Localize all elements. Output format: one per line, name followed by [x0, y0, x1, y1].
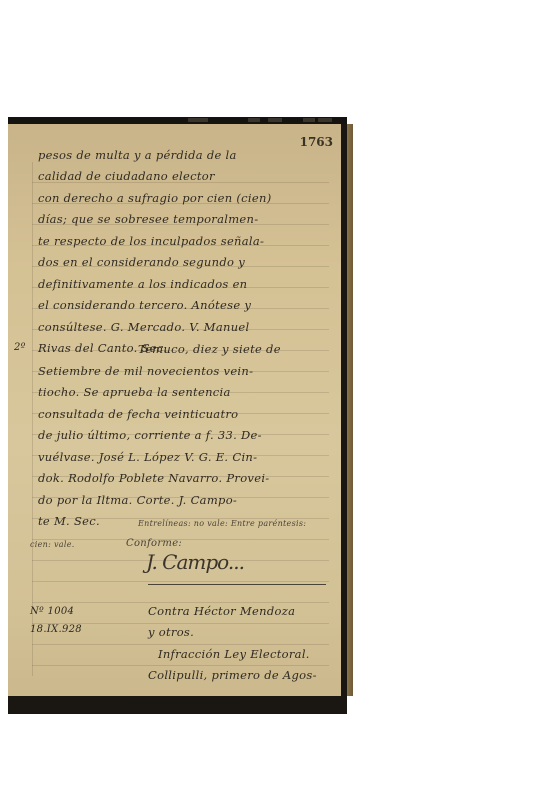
annotation-note: Entrelíneas: no vale: Entre paréntesis:	[138, 519, 306, 528]
text-line: calidad de ciudadano elector	[38, 169, 215, 183]
book-top-edge	[8, 117, 347, 124]
text-line: Collipulli, primero de Agos-	[148, 668, 317, 682]
text-line: tiocho. Se aprueba la sentencia	[38, 385, 231, 399]
text-line: Setiembre de mil novecientos vein-	[38, 364, 253, 378]
text-line: con derecho a sufragio por cien (cien)	[38, 191, 272, 205]
signature: J. Campo...	[146, 550, 244, 574]
text-line: y otros.	[148, 625, 194, 639]
margin-line	[32, 162, 33, 676]
margin-date: 18.IX.928	[30, 624, 82, 635]
text-line: consúltese. G. Mercado. V. Manuel	[38, 320, 250, 334]
page-number: 1763	[300, 135, 333, 149]
margin-case-number: Nº 1004	[30, 606, 74, 617]
text-line: días; que se sobresee temporalmen-	[38, 212, 258, 226]
ledger-page: 1763 pesos de multa y a pérdida de la ca…	[8, 124, 341, 696]
text-line: definitivamente a los indicados en	[38, 277, 247, 291]
text-line: Infracción Ley Electoral.	[158, 647, 310, 661]
text-line: Contra Héctor Mendoza	[148, 604, 295, 618]
text-line: pesos de multa y a pérdida de la	[38, 148, 237, 162]
text-line: Temuco, diez y siete de	[138, 342, 281, 356]
text-line: do por la Iltma. Corte. J. Campo-	[38, 493, 237, 507]
text-line: vuélvase. José L. López V. G. E. Cin-	[38, 450, 257, 464]
annotation-note: cien: vale.	[30, 540, 75, 549]
page-edge	[347, 124, 353, 696]
text-line: dos en el considerando segundo y	[38, 255, 245, 269]
text-line: el considerando tercero. Anótese y	[38, 298, 251, 312]
signature-underline	[148, 584, 326, 585]
margin-number: 2º	[14, 342, 26, 353]
text-line: dok. Rodolfo Poblete Navarro. Provei-	[38, 471, 270, 485]
text-line: te M. Sec.	[38, 514, 100, 528]
ledger-photo: 1763 pesos de multa y a pérdida de la ca…	[8, 117, 347, 714]
conforme-label: Conforme:	[126, 538, 182, 549]
text-line: te respecto de los inculpados señala-	[38, 234, 264, 248]
text-line: consultada de fecha veinticuatro	[38, 407, 238, 421]
text-line: de julio último, corriente a f. 33. De-	[38, 428, 262, 442]
